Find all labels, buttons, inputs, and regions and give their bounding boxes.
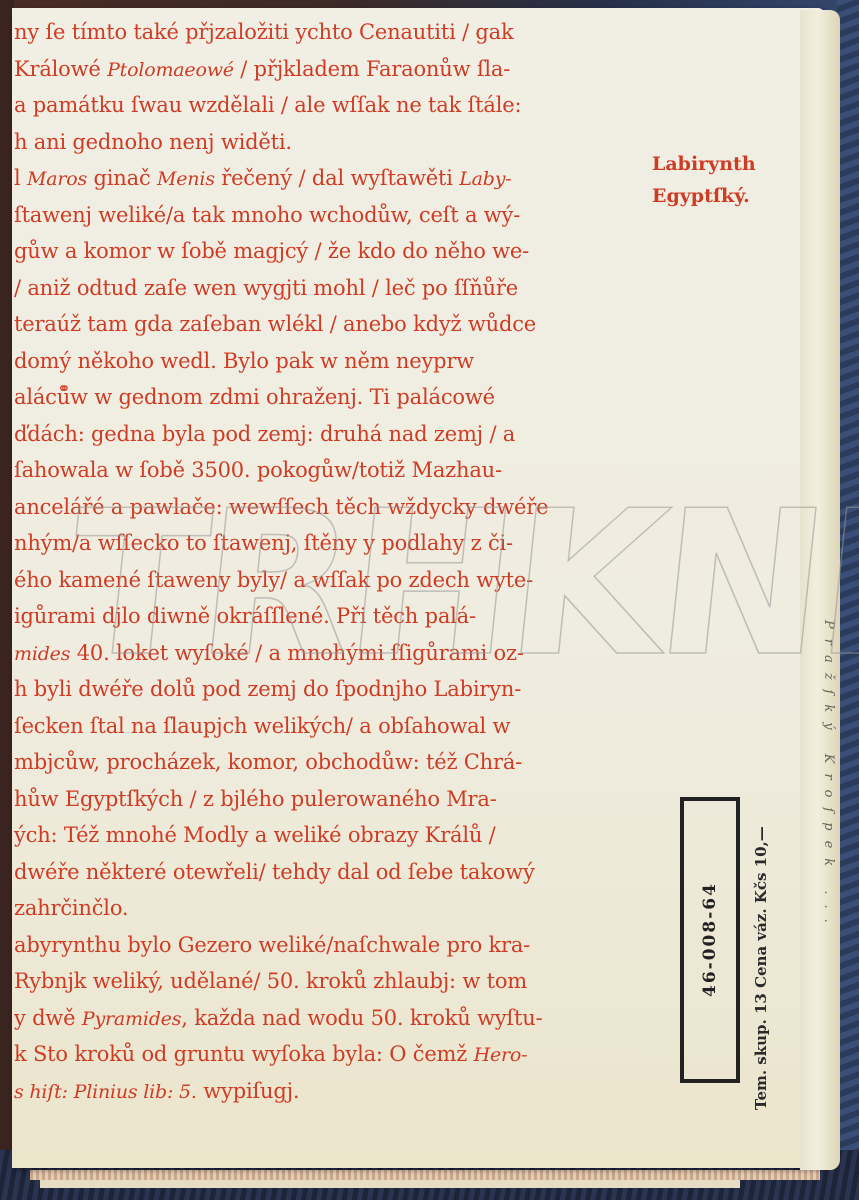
text-line: ďdách: gedna byla pod zemj: druhá nad ze… <box>14 416 644 453</box>
text-segment: zahrčinčlo. <box>14 896 128 920</box>
text-segment: h ani gednoho nenj widěti. <box>14 130 292 154</box>
text-segment: ſtawenj weliké/a tak mnoho wchodůw, ceſt… <box>14 203 520 227</box>
italic-segment: Ptolomaeowé <box>107 59 234 81</box>
text-segment: k Sto kroků od gruntu wyſoka byla: O čem… <box>14 1042 474 1066</box>
page-block-edge <box>40 1180 740 1188</box>
text-line: aláců̊w w gednom zdmi ohraženj. Ti palác… <box>14 379 644 416</box>
text-line: dwéře některé otewřeli/ tehdy dal od ſeb… <box>14 854 644 891</box>
book-bottom-edge <box>30 1170 820 1180</box>
text-line: ny ſe tímto také přjzaložiti ychto Cenau… <box>14 14 644 51</box>
price-label: Tem. skup. 13 Cena váz. Kčs 10,— <box>752 690 780 1110</box>
text-line: teraúž tam gda zaſeban wlékl / anebo kdy… <box>14 306 644 343</box>
text-line: Rybnjk weliký, udělané/ 50. kroků zhlaub… <box>14 963 644 1000</box>
italic-segment: Maros <box>27 168 87 190</box>
text-segment: aláců̊w w gednom zdmi ohraženj. Ti palác… <box>14 385 495 409</box>
text-line: Králowé Ptolomaeowé / přjkladem Faraonůw… <box>14 51 644 88</box>
text-segment: / přjkladem Faraonůw ſla- <box>234 57 510 81</box>
margin-note-line-1: Labirynth <box>652 148 756 180</box>
text-segment: igůrami djlo diwně okráſſlené. Při těch … <box>14 604 476 628</box>
text-line: l Maros ginač Menis řečený / dal wyſtawě… <box>14 160 644 197</box>
text-segment: ých: Též mnohé Modly a weliké obrazy Krá… <box>14 823 496 847</box>
text-segment: 40. loket wyſoké / a mnohými ſſigůrami o… <box>70 641 523 665</box>
text-line: mbjcůw, procházek, komor, obchodůw: též … <box>14 744 644 781</box>
text-segment: , každa nad wodu 50. kroků wyſtu- <box>181 1006 542 1030</box>
text-segment: hůw Egyptſkých / z bjlého pulerowaného M… <box>14 787 497 811</box>
text-segment: mbjcůw, procházek, komor, obchodůw: též … <box>14 750 522 774</box>
text-segment: ſecken ſtal na ſlaupjch welikých/ a obſa… <box>14 714 510 738</box>
margin-note: Labirynth Egyptſký. <box>652 148 756 212</box>
text-segment: gůw a komor w ſobě magjcý / že kdo do ně… <box>14 239 529 263</box>
italic-segment: mides <box>14 643 70 665</box>
italic-segment: Hero- <box>474 1044 528 1066</box>
text-segment: ginač <box>87 166 157 190</box>
text-line: s hiſt: Plinius lib: 5. wypiſugj. <box>14 1073 644 1110</box>
text-line: igůrami djlo diwně okráſſlené. Při těch … <box>14 598 644 635</box>
italic-segment: Laby- <box>459 168 511 190</box>
background-fabric-right <box>837 0 859 1200</box>
text-segment: wypiſugj. <box>197 1079 300 1103</box>
text-line: ých: Též mnohé Modly a weliké obrazy Krá… <box>14 817 644 854</box>
text-segment: řečený / dal wyſtawěti <box>215 166 460 190</box>
text-line: gůw a komor w ſobě magjcý / že kdo do ně… <box>14 233 644 270</box>
text-segment: a památku ſwau wzdělali / ale wſſak ne t… <box>14 93 521 117</box>
text-line: ſtawenj weliké/a tak mnoho wchodůw, ceſt… <box>14 197 644 234</box>
text-line: a památku ſwau wzdělali / ale wſſak ne t… <box>14 87 644 124</box>
text-line: ſecken ſtal na ſlaupjch welikých/ a obſa… <box>14 708 644 745</box>
text-segment: abyrynthu bylo Gezero weliké/naſchwale p… <box>14 933 530 957</box>
italic-segment: s hiſt: Plinius lib: 5. <box>14 1081 197 1103</box>
text-segment: ny ſe tímto také přjzaložiti ychto Cenau… <box>14 20 514 44</box>
text-segment: ancelářé a pawlače: wewſſech těch wždyck… <box>14 495 548 519</box>
text-line: y dwě Pyramides, každa nad wodu 50. krok… <box>14 1000 644 1037</box>
margin-note-line-2: Egyptſký. <box>652 180 756 212</box>
text-segment: ďdách: gedna byla pod zemj: druhá nad ze… <box>14 422 515 446</box>
text-line: zahrčinčlo. <box>14 890 644 927</box>
text-segment: ého kamené ſtaweny byly/ a wſſak po zdec… <box>14 568 533 592</box>
text-line: mides 40. loket wyſoké / a mnohými ſſigů… <box>14 635 644 672</box>
catalog-code: 46-008-64 <box>678 797 742 1083</box>
text-line: k Sto kroků od gruntu wyſoka byla: O čem… <box>14 1036 644 1073</box>
text-segment: Králowé <box>14 57 107 81</box>
text-segment: l <box>14 166 27 190</box>
text-line: abyrynthu bylo Gezero weliké/naſchwale p… <box>14 927 644 964</box>
italic-segment: Pyramides <box>82 1008 181 1030</box>
text-segment: teraúž tam gda zaſeban wlékl / anebo kdy… <box>14 312 536 336</box>
text-segment: dwéře některé otewřeli/ tehdy dal od ſeb… <box>14 860 535 884</box>
blackletter-text-block: ny ſe tímto také přjzaložiti ychto Cenau… <box>14 14 644 1109</box>
text-segment: y dwě <box>14 1006 82 1030</box>
text-line: h byli dwéře dolů pod zemj do ſpodnjho L… <box>14 671 644 708</box>
text-segment: Rybnjk weliký, udělané/ 50. kroků zhlaub… <box>14 969 527 993</box>
text-segment: ſahowala w ſobě 3500. pokogůw/totiž Mazh… <box>14 458 502 482</box>
text-segment: nhým/a wſſecko to ſtawenj, ſtěny y podla… <box>14 531 513 555</box>
text-line: ancelářé a pawlače: wewſſech těch wždyck… <box>14 489 644 526</box>
italic-segment: Menis <box>157 168 215 190</box>
text-line: h ani gednoho nenj widěti. <box>14 124 644 161</box>
spine-title: Pražſký Kroſpek ... <box>806 620 836 1160</box>
text-line: ſahowala w ſobě 3500. pokogůw/totiž Mazh… <box>14 452 644 489</box>
text-line: ého kamené ſtaweny byly/ a wſſak po zdec… <box>14 562 644 599</box>
text-line: / aniž odtud zaſe wen wygjti mohl / leč … <box>14 270 644 307</box>
text-segment: h byli dwéře dolů pod zemj do ſpodnjho L… <box>14 677 521 701</box>
text-segment: domý někoho wedl. Bylo pak w něm neyprw <box>14 349 474 373</box>
text-line: nhým/a wſſecko to ſtawenj, ſtěny y podla… <box>14 525 644 562</box>
text-line: domý někoho wedl. Bylo pak w něm neyprw <box>14 343 644 380</box>
text-line: hůw Egyptſkých / z bjlého pulerowaného M… <box>14 781 644 818</box>
text-segment: / aniž odtud zaſe wen wygjti mohl / leč … <box>14 276 518 300</box>
